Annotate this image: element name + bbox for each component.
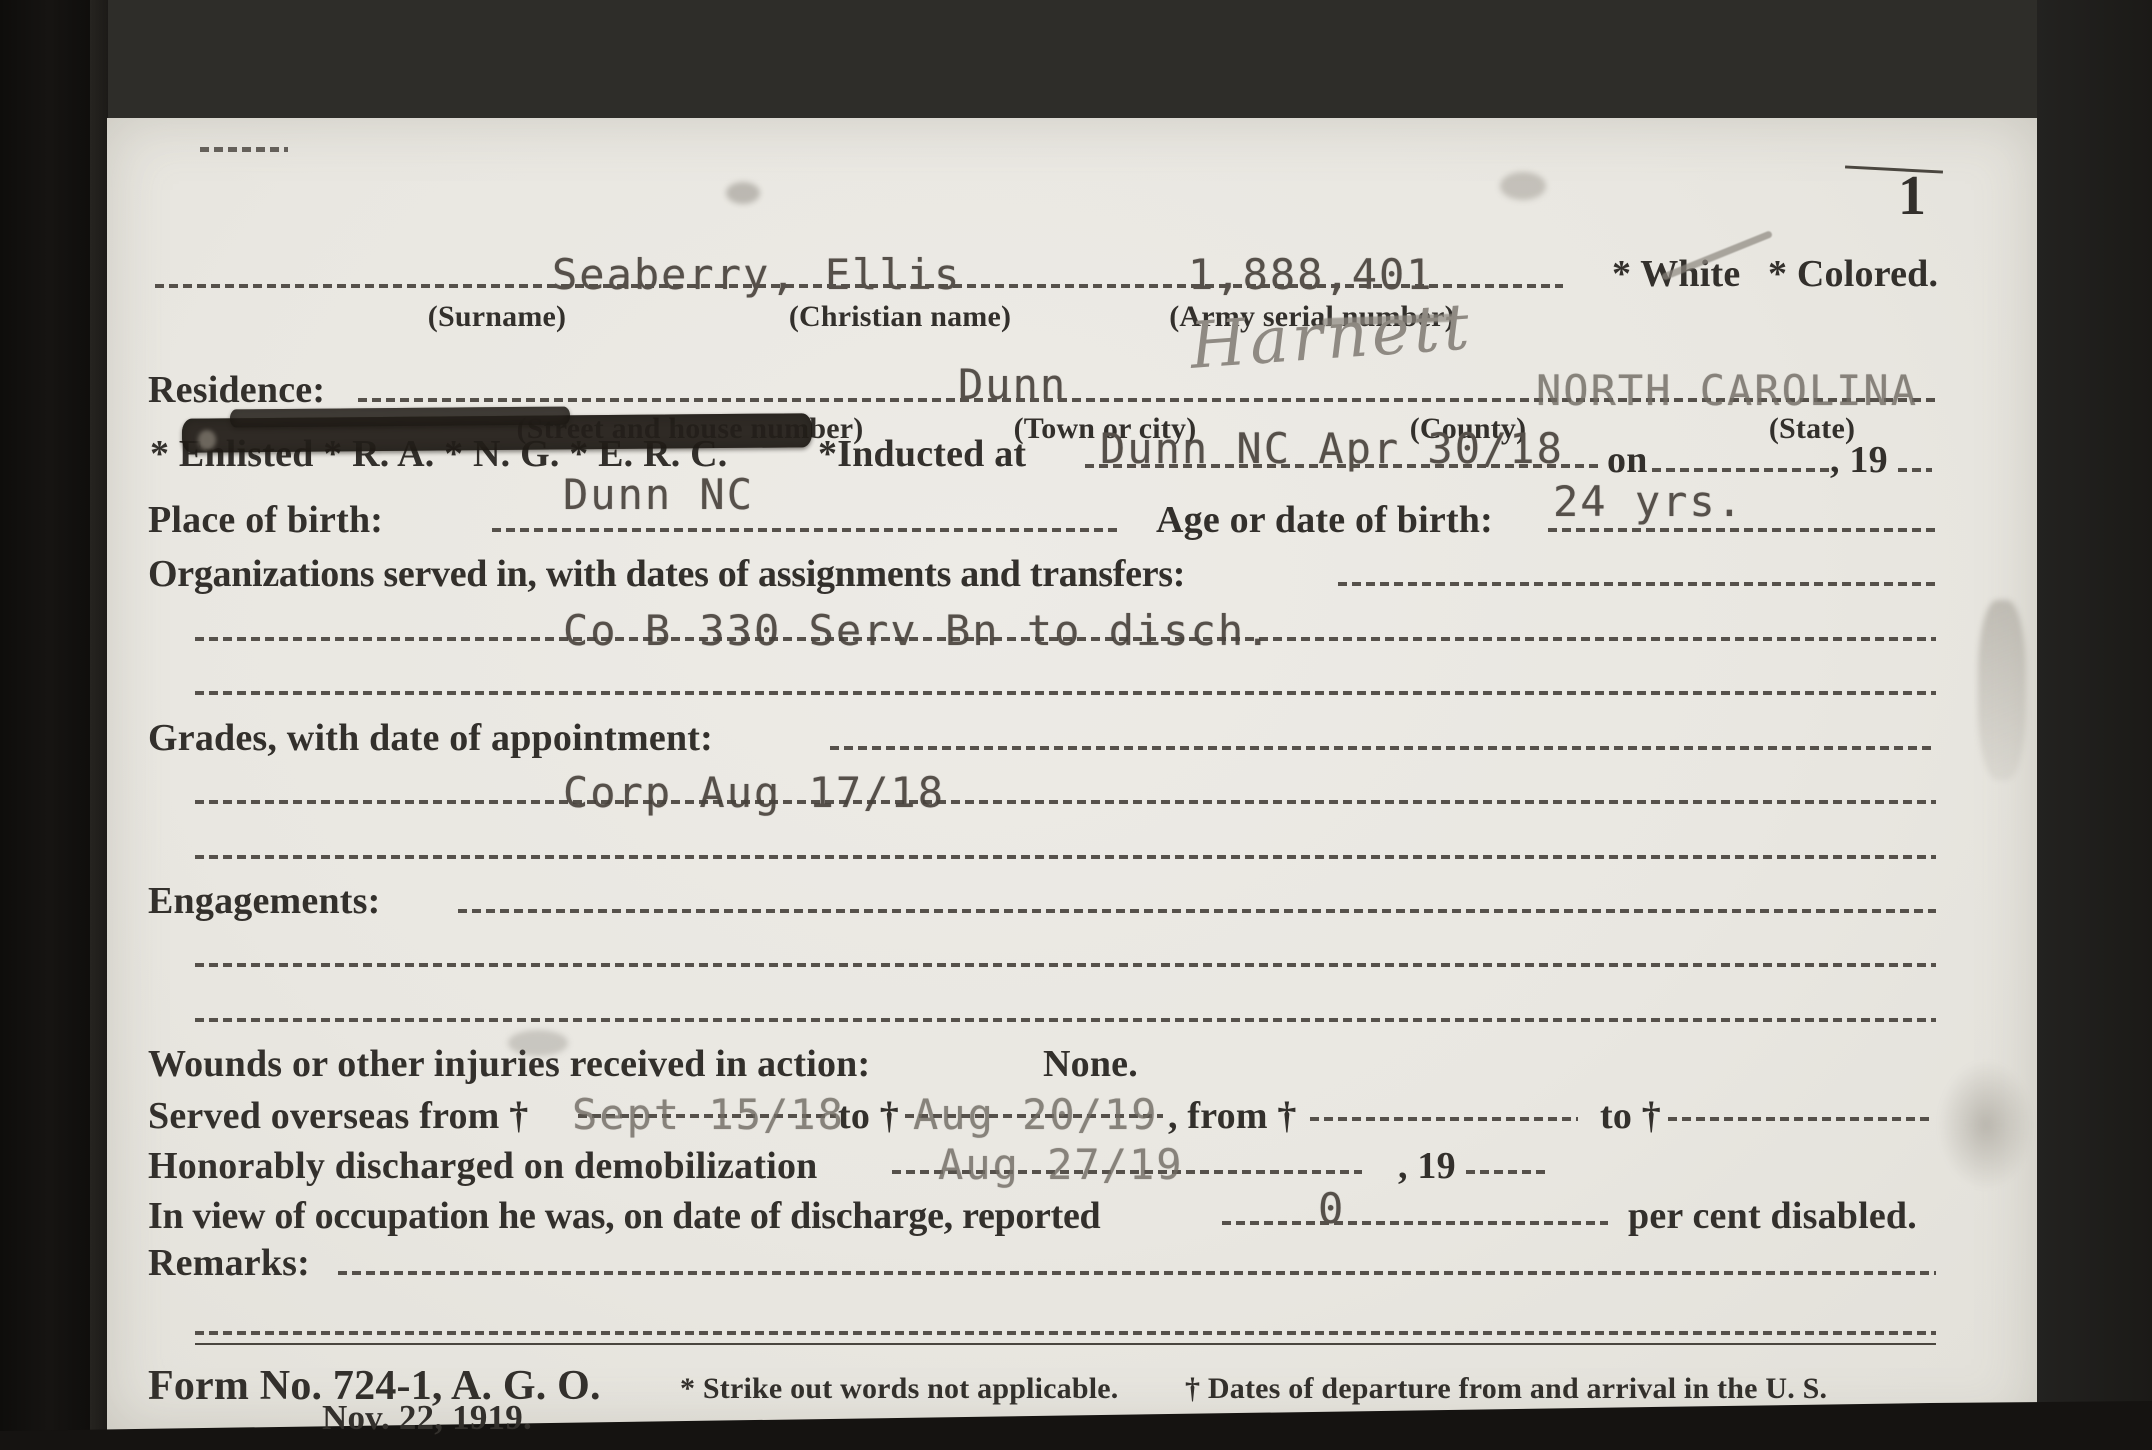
disability-suffix-label: per cent disabled. <box>1628 1194 1917 1238</box>
note-strike-out: * Strike out words not applicable. <box>680 1372 1119 1406</box>
organizations-label: Organizations served in, with dates of a… <box>148 552 1185 596</box>
age-value: 24 yrs. <box>1553 477 1744 526</box>
smudge-above-name <box>726 182 760 204</box>
engagements-dash <box>458 909 1936 913</box>
blank-dash-3 <box>195 963 1936 967</box>
disability-dash <box>1222 1221 1608 1225</box>
overseas-to-dash-2 <box>1668 1117 1930 1121</box>
surname-label: (Surname) <box>428 300 566 334</box>
race-colored-label: * Colored. <box>1768 252 1938 296</box>
grades-value: Corp Aug 17/18 <box>563 768 945 817</box>
wounds-label: Wounds or other injuries received in act… <box>148 1042 870 1086</box>
smudge-right-edge-lower <box>1938 1060 2034 1190</box>
birth-place-value: Dunn NC <box>563 470 754 519</box>
inducted-year-label: , 19 <box>1830 438 1888 482</box>
inducted-at-label: *Inducted at <box>818 432 1026 476</box>
blank-dash-2 <box>195 855 1936 859</box>
inducted-on-label: on <box>1607 438 1648 482</box>
inducted-year-dash <box>1898 468 1932 472</box>
inducted-on-dash <box>1652 468 1830 472</box>
remarks-dash <box>338 1271 1936 1275</box>
overseas-to-label-1: to † <box>838 1094 899 1138</box>
ink-blot-light-gap <box>198 430 216 450</box>
serial-value: 1,888,401 <box>1188 250 1434 299</box>
page-number: 1 <box>1898 164 1926 228</box>
organizations-value-dash <box>195 637 1936 641</box>
discharge-label: Honorably discharged on demobilization <box>148 1144 818 1188</box>
overseas-to-value-1: Aug 20/19 <box>913 1090 1159 1139</box>
christian-name-label: (Christian name) <box>789 300 1011 334</box>
grades-value-dash <box>195 800 1936 804</box>
inducted-place-value: Dunn NC Apr 30/18 <box>1100 424 1564 473</box>
overseas-from-value-1: Sept 15/18 <box>572 1090 845 1139</box>
residence-label: Residence: <box>148 368 325 412</box>
residence-state-value: NORTH CAROLINA <box>1536 366 1918 415</box>
discharge-date-value: Aug 27/19 <box>938 1140 1184 1189</box>
right-scan-border <box>2037 0 2152 1450</box>
place-of-birth-label: Place of birth: <box>148 498 383 542</box>
footer-rule <box>195 1343 1936 1345</box>
disability-label: In view of occupation he was, on date of… <box>148 1194 1100 1238</box>
note-dagger: † Dates of departure from and arrival in… <box>1185 1372 1827 1406</box>
disability-value: 0 <box>1318 1184 1345 1233</box>
overseas-from-dash-2 <box>1310 1117 1578 1121</box>
overseas-to-label-2: to † <box>1600 1094 1661 1138</box>
scanned-service-card-page: 1 Seaberry, Ellis 1,888,401 * White * Co… <box>0 0 2152 1450</box>
form-date: Nov. 22, 1919. <box>322 1398 532 1438</box>
smudge-above-wounds <box>508 1030 568 1056</box>
corner-tick-mark <box>200 147 288 152</box>
grades-label: Grades, with date of appointment: <box>148 716 713 760</box>
ink-blot-upper-bump <box>230 407 570 428</box>
age-label: Age or date of birth: <box>1156 498 1493 542</box>
smudge-right-edge-upper <box>1978 600 2026 780</box>
age-dash <box>1548 528 1936 532</box>
overseas-label: Served overseas from † <box>148 1094 528 1138</box>
residence-town-value: Dunn <box>958 360 1067 409</box>
left-scan-border <box>0 0 90 1450</box>
footer-dash <box>195 1331 1936 1335</box>
discharge-year-label: , 19 <box>1398 1144 1456 1188</box>
remarks-label: Remarks: <box>148 1241 310 1285</box>
discharge-year-dash <box>1466 1170 1546 1174</box>
engagements-label: Engagements: <box>148 879 381 923</box>
organizations-dash <box>1338 582 1936 586</box>
overseas-from-label-2: , from † <box>1168 1094 1297 1138</box>
smudge-above-serial <box>1500 172 1546 200</box>
wounds-value: None. <box>1043 1042 1138 1086</box>
grades-dash <box>830 746 1936 750</box>
birth-place-dash <box>492 528 1120 532</box>
organizations-value: Co B 330 Serv Bn to disch. <box>563 606 1272 655</box>
name-value: Seaberry, Ellis <box>552 250 961 299</box>
blank-dash-4 <box>195 1018 1936 1022</box>
left-scan-seam <box>90 0 108 1450</box>
blank-dash-1 <box>195 691 1936 695</box>
